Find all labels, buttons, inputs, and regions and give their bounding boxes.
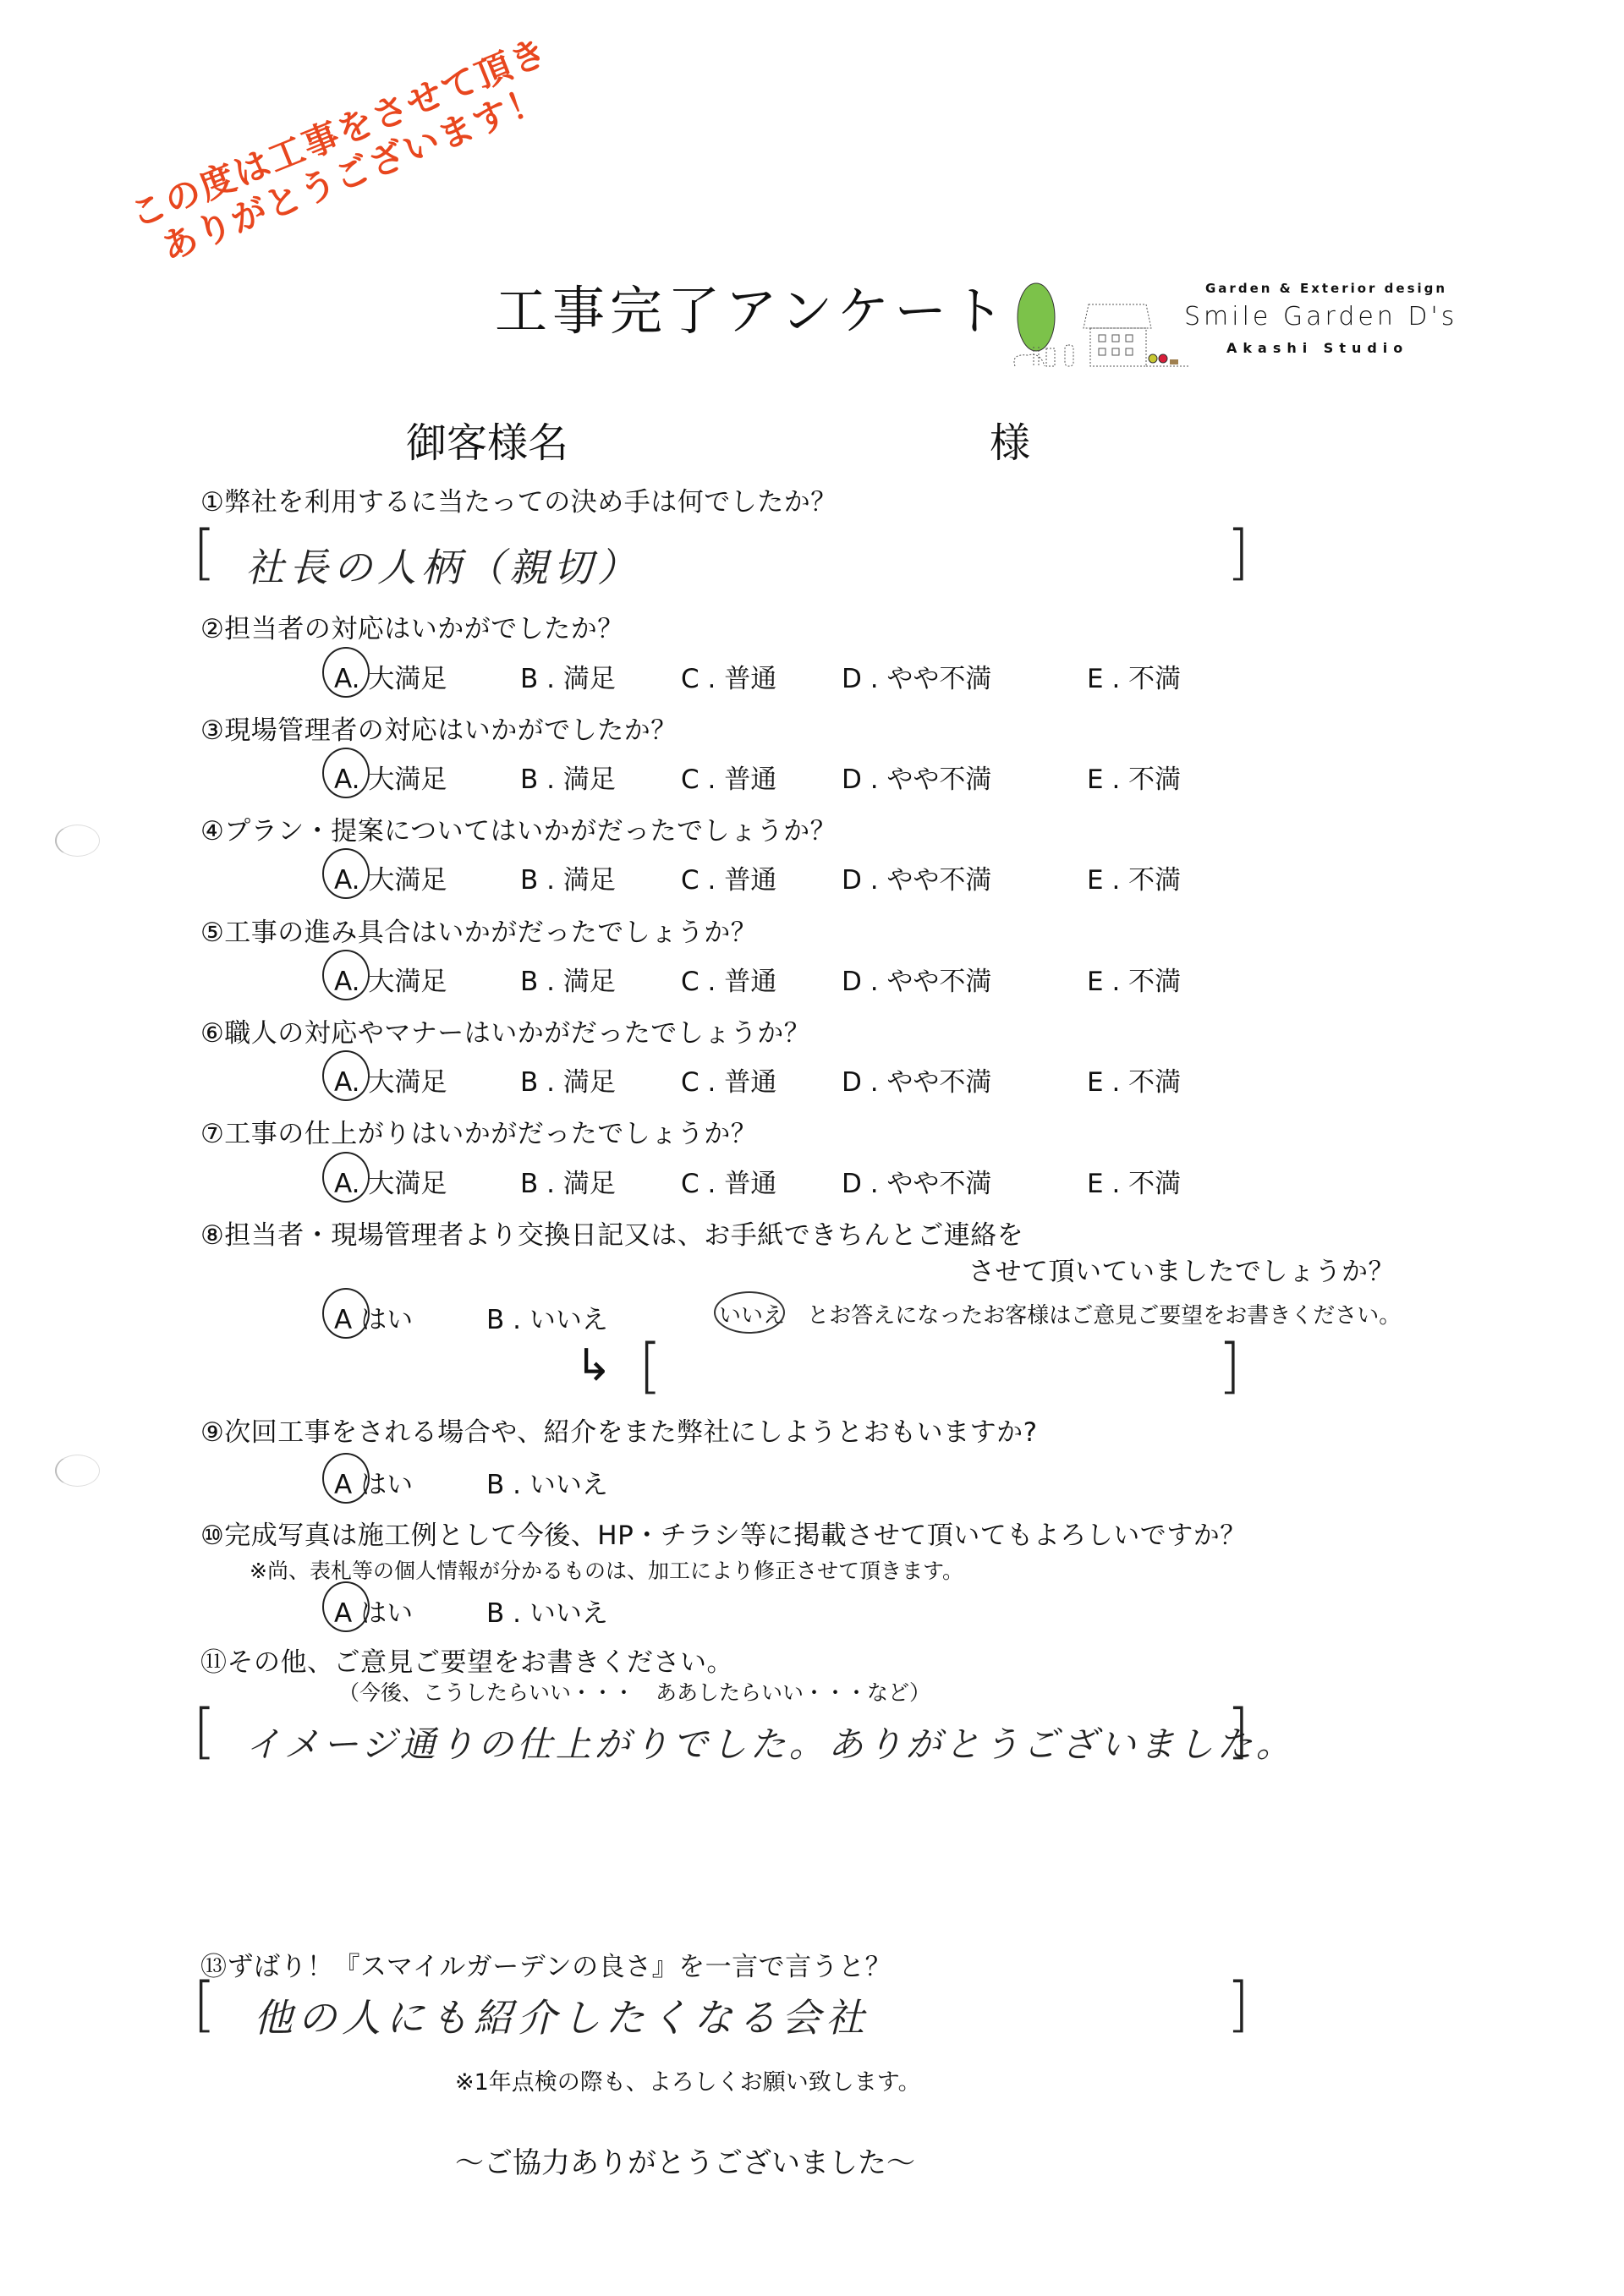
garden-house-illustration <box>994 271 1205 368</box>
bracket-close: ] <box>1226 523 1249 582</box>
selected-circle <box>322 848 370 899</box>
option-a[interactable]: A. 大満足 <box>334 657 447 695</box>
option-a[interactable]: A はい <box>334 1298 413 1336</box>
question-1: ①弊社を利用するに当たっての決め手は何でしたか？ <box>200 480 837 518</box>
arrow-icon: ↳ <box>575 1340 612 1391</box>
selected-circle <box>322 950 370 1000</box>
option-a[interactable]: A. 大満足 <box>334 960 447 998</box>
customer-name-label: 御客様名 <box>406 410 568 469</box>
option-e[interactable]: E . 不満 <box>1087 858 1181 896</box>
answer-11[interactable]: イメージ通りの仕上がりでした。ありがとうございました。 <box>245 1717 1295 1767</box>
bracket-close: ] <box>1226 1701 1249 1761</box>
option-b[interactable]: B . いいえ <box>486 1463 608 1501</box>
option-d[interactable]: D . やや不満 <box>842 657 991 695</box>
question-3: ③現場管理者の対応はいかがでしたか？ <box>200 709 678 747</box>
option-b[interactable]: B . いいえ <box>486 1298 608 1336</box>
question-10-note: ※尚、表札等の個人情報が分かるものは、加工により修正させて頂きます。 <box>250 1554 963 1585</box>
bracket-open: [ <box>193 523 216 582</box>
question-13: ⑬ずばり！『スマイルガーデンの良さ』を一言で言うと？ <box>200 1945 892 1983</box>
option-b[interactable]: B . 満足 <box>520 758 616 796</box>
option-a[interactable]: A はい <box>334 1463 413 1501</box>
selected-circle <box>322 748 370 798</box>
customer-suffix: 様 <box>990 410 1030 469</box>
option-d[interactable]: D . やや不満 <box>842 1060 991 1099</box>
option-c[interactable]: C . 普通 <box>681 657 776 695</box>
punch-hole <box>55 1455 100 1487</box>
question-9: ⑨次回工事をされる場合や、紹介をまた弊社にしようとおもいますか? <box>200 1411 1038 1449</box>
option-b[interactable]: B . 満足 <box>520 1060 616 1099</box>
bracket-open: [ <box>193 1975 216 2034</box>
selected-circle <box>322 1581 370 1632</box>
option-a[interactable]: A. 大満足 <box>334 1162 447 1200</box>
question-11-note: （今後、こうしたらいい・・・ ああしたらいい・・・など） <box>338 1676 930 1707</box>
option-c[interactable]: C . 普通 <box>681 1162 776 1200</box>
option-a[interactable]: A. 大満足 <box>334 758 447 796</box>
option-c[interactable]: C . 普通 <box>681 1060 776 1099</box>
thanks-message: ～ご協力ありがとうございました～ <box>455 2140 915 2181</box>
bracket-close: ] <box>1218 1336 1241 1395</box>
logo-tagline: Garden & Exterior design <box>1205 281 1447 296</box>
logo-brand: Smile Garden D's <box>1184 302 1457 332</box>
option-d[interactable]: D . やや不満 <box>842 758 991 796</box>
option-e[interactable]: E . 不満 <box>1087 960 1181 998</box>
selected-circle <box>714 1291 785 1334</box>
option-e[interactable]: E . 不満 <box>1087 657 1181 695</box>
option-a[interactable]: A はい <box>334 1592 413 1630</box>
option-a[interactable]: A. 大満足 <box>334 858 447 896</box>
answer-13[interactable]: 他の人にも紹介したくなる会社 <box>254 1987 870 2043</box>
no-answer-note: いいえ とお答えになったお客様はご意見ご要望をお書きください。 <box>719 1298 1401 1329</box>
punch-hole <box>55 825 100 857</box>
question-11: ⑪その他、ご意見ご要望をお書きください。 <box>200 1641 733 1679</box>
question-2: ②担当者の対応はいかがでしたか？ <box>200 607 624 645</box>
question-7: ⑦工事の仕上がりはいかがだったでしょうか？ <box>200 1112 757 1150</box>
logo-studio: Akashi Studio <box>1226 340 1408 356</box>
option-b[interactable]: B . 満足 <box>520 1162 616 1200</box>
option-b[interactable]: B . 満足 <box>520 858 616 896</box>
bracket-open: [ <box>193 1701 216 1761</box>
selected-circle <box>322 1152 370 1203</box>
selected-circle <box>322 1288 370 1339</box>
option-d[interactable]: D . やや不満 <box>842 858 991 896</box>
option-c[interactable]: C . 普通 <box>681 858 776 896</box>
question-8-line-2: させて頂いていましたでしょうか？ <box>968 1250 1395 1288</box>
bracket-open: [ <box>639 1336 661 1395</box>
thank-you-banner: この度は工事をさせて頂き ありがとうございます！ <box>117 24 588 279</box>
question-4: ④プラン・提案についてはいかがだったでしょうか？ <box>200 809 837 847</box>
option-d[interactable]: D . やや不満 <box>842 960 991 998</box>
answer-8[interactable] <box>668 1353 1210 1395</box>
question-5: ⑤工事の進み具合はいかがだったでしょうか？ <box>200 911 757 949</box>
option-b[interactable]: B . 満足 <box>520 657 616 695</box>
option-e[interactable]: E . 不満 <box>1087 758 1181 796</box>
option-e[interactable]: E . 不満 <box>1087 1162 1181 1200</box>
answer-1[interactable]: 社長の人柄（親切） <box>245 537 641 593</box>
option-c[interactable]: C . 普通 <box>681 758 776 796</box>
question-6: ⑥職人の対応やマナーはいかがだったでしょうか？ <box>200 1011 810 1049</box>
question-10: ⑩完成写真は施工例として今後、HP・チラシ等に掲載させて頂いてもよろしいですか？ <box>200 1514 1247 1552</box>
selected-circle <box>322 1453 370 1504</box>
option-b[interactable]: B . 満足 <box>520 960 616 998</box>
inspection-note: ※1年点検の際も、よろしくお願い致します。 <box>455 2063 921 2096</box>
option-e[interactable]: E . 不満 <box>1087 1060 1181 1099</box>
option-b[interactable]: B . いいえ <box>486 1592 608 1630</box>
question-8: ⑧担当者・現場管理者より交換日記又は、お手紙できちんとご連絡を <box>200 1214 1023 1252</box>
iie-circled: いいえ <box>719 1298 785 1329</box>
selected-circle <box>322 1050 370 1101</box>
selected-circle <box>322 647 370 698</box>
option-c[interactable]: C . 普通 <box>681 960 776 998</box>
option-d[interactable]: D . やや不満 <box>842 1162 991 1200</box>
bracket-close: ] <box>1226 1975 1249 2034</box>
page-title: 工事完了アンケート <box>495 269 1009 344</box>
option-a[interactable]: A. 大満足 <box>334 1060 447 1099</box>
customer-name-field[interactable] <box>609 414 964 457</box>
